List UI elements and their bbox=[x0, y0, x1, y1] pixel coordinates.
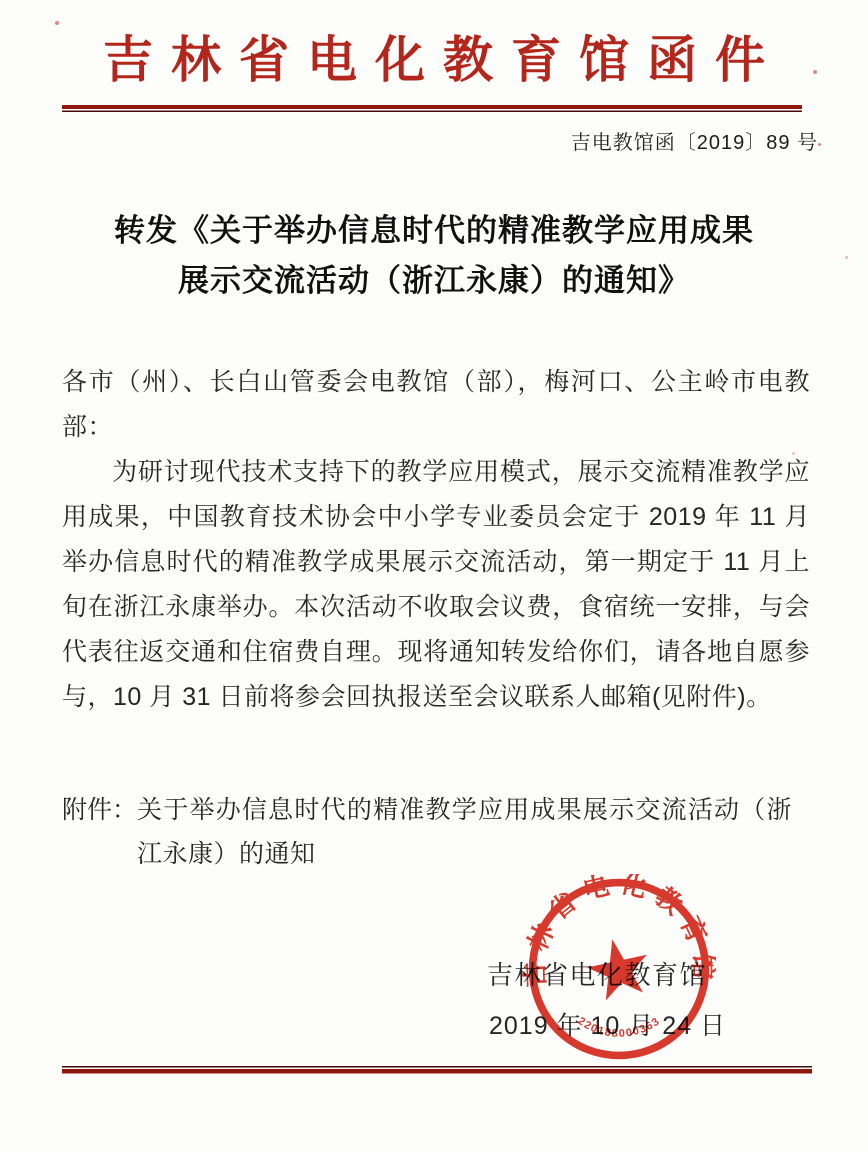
signature-org: 吉林省电化教育馆 bbox=[487, 955, 707, 992]
document-title: 转发《关于举办信息时代的精准教学应用成果 展示交流活动（浙江永康）的通知》 bbox=[40, 206, 828, 306]
scan-speck bbox=[845, 256, 848, 259]
body-paragraph: 为研讨现代技术支持下的教学应用模式，展示交流精准教学应用成果，中国教育技术协会中… bbox=[62, 450, 810, 720]
scan-speck bbox=[55, 21, 59, 25]
document-number: 吉电教馆函〔2019〕89 号 bbox=[571, 126, 818, 155]
letterhead-org-title: 吉林省电化教育馆函件 bbox=[0, 20, 868, 92]
attachment-note: 附件： 关于举办信息时代的精准教学应用成果展示交流活动（浙江永康）的通知 bbox=[62, 788, 822, 876]
scan-speck bbox=[818, 143, 821, 146]
scan-speck bbox=[792, 452, 795, 455]
signature-date: 2019 年 10 月 24 日 bbox=[489, 1006, 726, 1042]
scanned-official-letter: 吉林省电化教育馆函件 吉电教馆函〔2019〕89 号 转发《关于举办信息时代的精… bbox=[0, 0, 868, 1152]
letter-body: 各市（州）、长白山管委会电教馆（部），梅河口、公主岭市电教部： 为研讨现代技术支… bbox=[62, 360, 810, 720]
attachment-text: 关于举办信息时代的精准教学应用成果展示交流活动（浙江永康）的通知 bbox=[137, 788, 792, 876]
letterhead-double-rule bbox=[62, 105, 802, 114]
attachment-label: 附件： bbox=[62, 788, 137, 832]
footer-double-rule bbox=[62, 1066, 812, 1075]
document-title-line2: 展示交流活动（浙江永康）的通知》 bbox=[40, 256, 828, 306]
scan-speck bbox=[813, 70, 817, 74]
salutation: 各市（州）、长白山管委会电教馆（部），梅河口、公主岭市电教部： bbox=[62, 360, 810, 450]
document-title-line1: 转发《关于举办信息时代的精准教学应用成果 bbox=[40, 206, 828, 256]
